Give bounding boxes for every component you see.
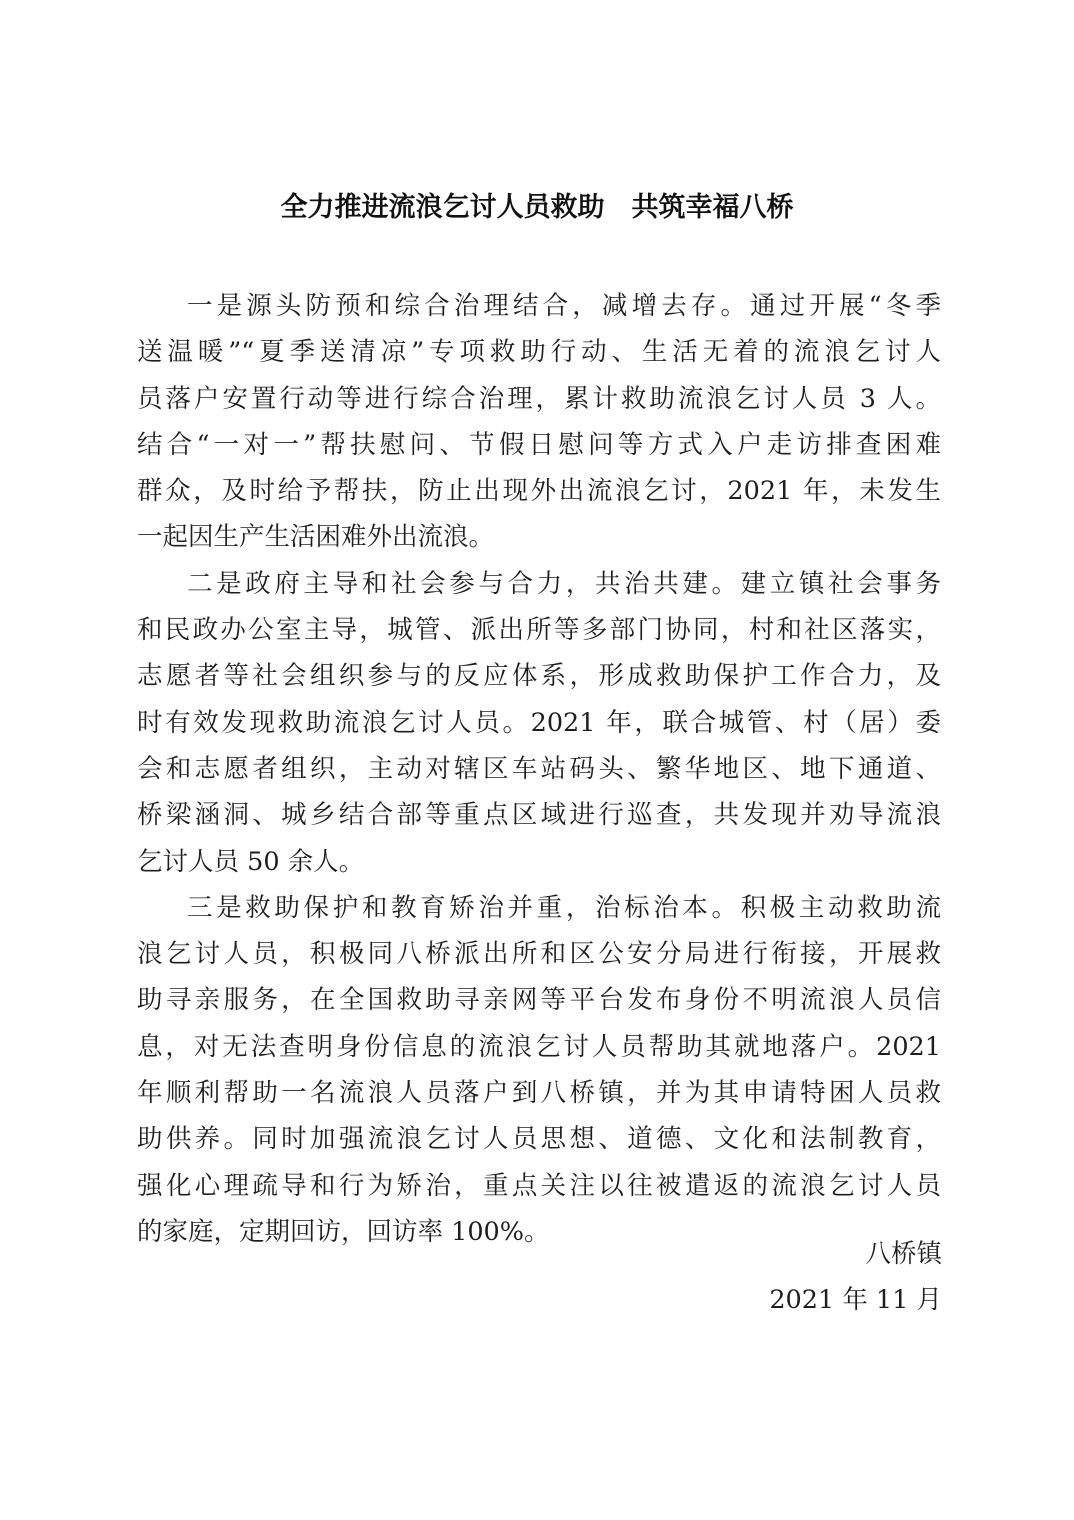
paragraph-2-line-3: 志愿者等社会组织参与的反应体系，形成救助保护工作合力，及 bbox=[137, 653, 941, 699]
paragraph-1-line-2: 送温暖”“夏季送清凉”专项救助行动、生活无着的流浪乞讨人 bbox=[137, 329, 941, 375]
paragraph-1-line-1: 一是源头防预和综合治理结合，减增去存。通过开展“冬季 bbox=[137, 283, 941, 329]
paragraph-3-line-3: 助寻亲服务，在全国救助寻亲网等平台发布身份不明流浪人员信 bbox=[137, 977, 941, 1023]
paragraph-1-line-5: 群众，及时给予帮扶，防止出现外出流浪乞讨，2021 年，未发生 bbox=[137, 468, 941, 514]
paragraph-3-line-5: 年顺利帮助一名流浪人员落户到八桥镇，并为其申请特困人员救 bbox=[137, 1070, 941, 1116]
paragraph-2-line-1: 二是政府主导和社会参与合力，共治共建。建立镇社会事务 bbox=[137, 561, 941, 607]
paragraph-1-line-6: 一起因生产生活困难外出流浪。 bbox=[137, 514, 941, 560]
signature-block: 八桥镇 2021 年 11 月 bbox=[769, 1231, 942, 1323]
paragraph-2-line-2: 和民政办公室主导，城管、派出所等多部门协同，村和社区落实， bbox=[137, 607, 941, 653]
document-title: 全力推进流浪乞讨人员救助 共筑幸福八桥 bbox=[0, 186, 1074, 230]
paragraph-2-line-6: 桥梁涵洞、城乡结合部等重点区域进行巡查，共发现并劝导流浪 bbox=[137, 792, 941, 838]
paragraph-3-line-4: 息，对无法查明身份信息的流浪乞讨人员帮助其就地落户。2021 bbox=[137, 1024, 941, 1070]
paragraph-1-line-4: 结合“一对一”帮扶慰问、节假日慰问等方式入户走访排查困难 bbox=[137, 422, 941, 468]
signature-organization: 八桥镇 bbox=[769, 1231, 942, 1277]
document-body: 一是源头防预和综合治理结合，减增去存。通过开展“冬季 送温暖”“夏季送清凉”专项… bbox=[137, 283, 941, 1255]
paragraph-3-line-2: 浪乞讨人员，积极同八桥派出所和区公安分局进行衔接，开展救 bbox=[137, 931, 941, 977]
signature-date: 2021 年 11 月 bbox=[769, 1277, 942, 1323]
paragraph-1-line-3: 员落户安置行动等进行综合治理，累计救助流浪乞讨人员 3 人。 bbox=[137, 376, 941, 422]
paragraph-2-line-4: 时有效发现救助流浪乞讨人员。2021 年，联合城管、村（居）委 bbox=[137, 700, 941, 746]
paragraph-2-line-5: 会和志愿者组织，主动对辖区车站码头、繁华地区、地下通道、 bbox=[137, 746, 941, 792]
paragraph-2-line-7: 乞讨人员 50 余人。 bbox=[137, 839, 941, 885]
paragraph-3-line-1: 三是救助保护和教育矫治并重，治标治本。积极主动救助流 bbox=[137, 885, 941, 931]
paragraph-3-line-7: 强化心理疏导和行为矫治，重点关注以往被遣返的流浪乞讨人员 bbox=[137, 1163, 941, 1209]
document-page: 全力推进流浪乞讨人员救助 共筑幸福八桥 一是源头防预和综合治理结合，减增去存。通… bbox=[0, 0, 1074, 1520]
paragraph-3-line-6: 助供养。同时加强流浪乞讨人员思想、道德、文化和法制教育， bbox=[137, 1116, 941, 1162]
